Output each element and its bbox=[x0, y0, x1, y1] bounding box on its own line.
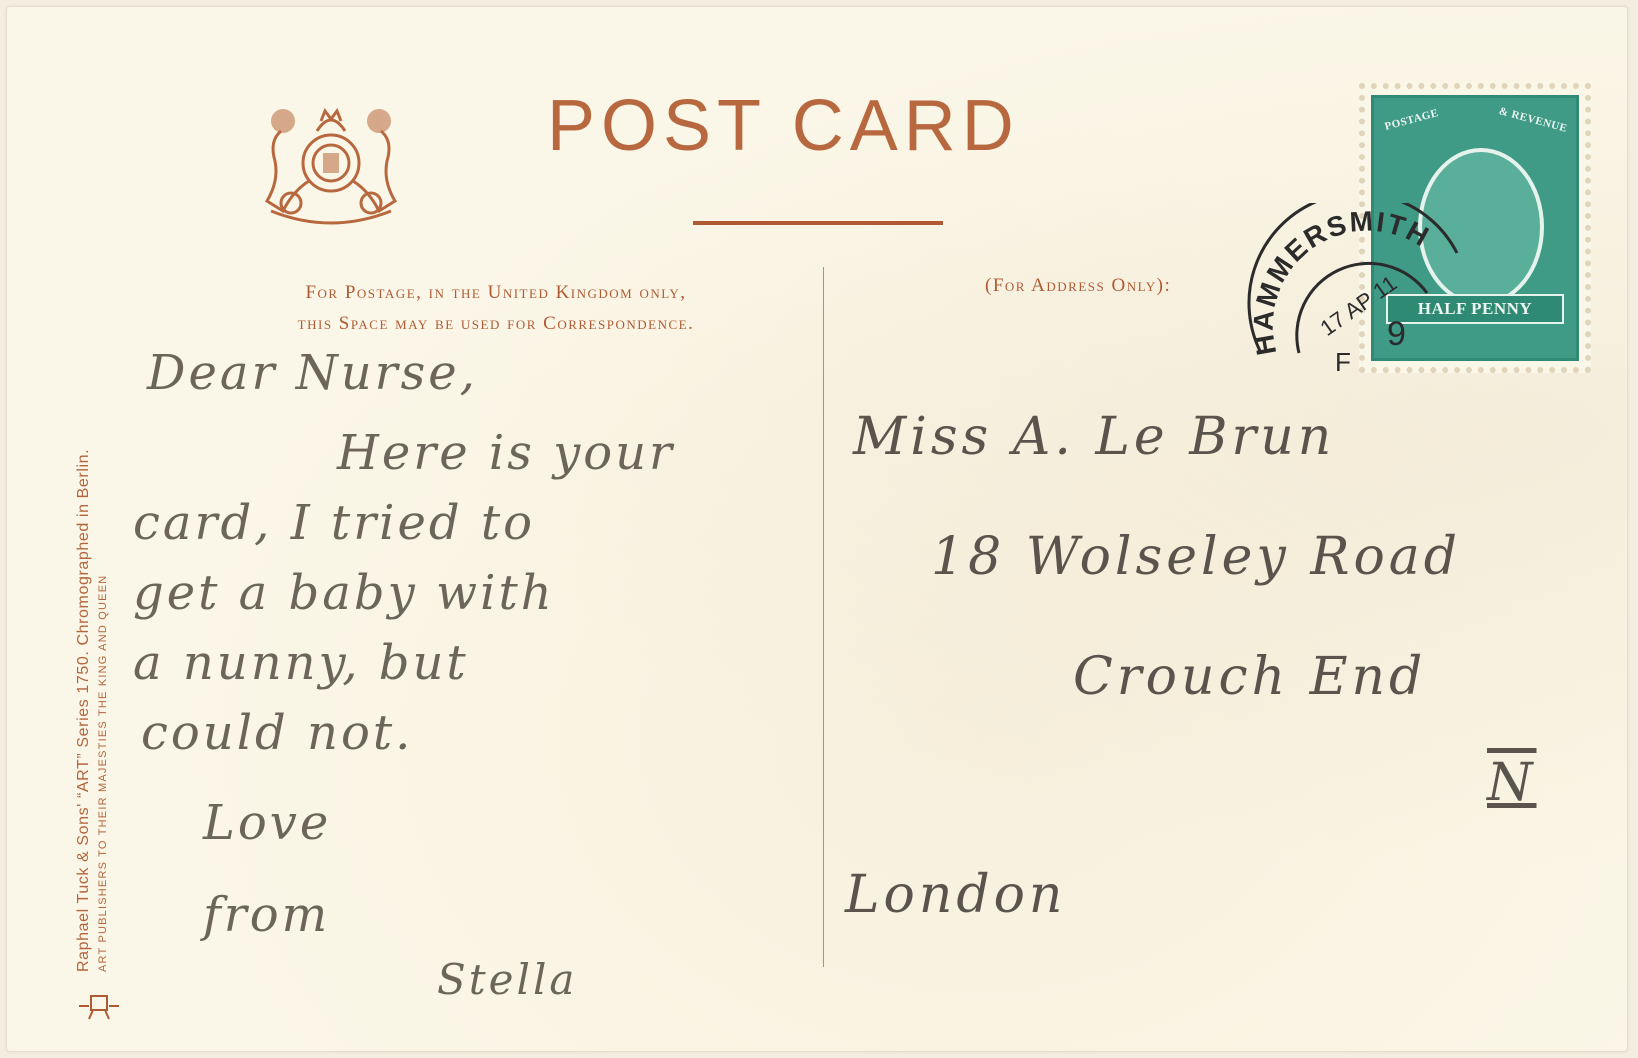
address-district: N bbox=[1487, 753, 1537, 813]
title-underline bbox=[693, 221, 943, 225]
address-line: 18 Wolseley Road bbox=[931, 527, 1461, 587]
stamp-label-postage: POSTAGE bbox=[1383, 107, 1439, 133]
publisher-subline: Art Publishers to Their Majesties the Ki… bbox=[95, 449, 111, 972]
message-line: Love bbox=[203, 795, 331, 851]
svg-text:HAMMERSMITH: HAMMERSMITH bbox=[1248, 205, 1436, 357]
royal-coat-of-arms-icon bbox=[251, 91, 411, 231]
message-line: from bbox=[203, 887, 330, 943]
address-line: Miss A. Le Brun bbox=[853, 407, 1335, 467]
message-line: a nunny, but bbox=[133, 635, 469, 691]
message-line: get a baby with bbox=[133, 565, 555, 621]
correspondence-note: For Postage, in the United Kingdom only,… bbox=[191, 277, 801, 339]
center-divider bbox=[823, 267, 824, 967]
postmark-number: 9 bbox=[1387, 315, 1406, 353]
easel-palette-icon bbox=[77, 992, 121, 1020]
correspondence-note-line-1: For Postage, in the United Kingdom only, bbox=[191, 277, 801, 308]
message-line: Here is your bbox=[337, 425, 675, 481]
publisher-line: Raphael Tuck & Sons' “ART” Series 1750. … bbox=[73, 449, 95, 972]
message-signature: Stella bbox=[437, 955, 577, 1004]
postmark-letter: F bbox=[1335, 347, 1351, 377]
postcard-title: POST CARD bbox=[547, 85, 1020, 167]
message-line: Dear Nurse, bbox=[147, 345, 478, 401]
postcard: POST CARD For Postage, in the United Kin… bbox=[6, 6, 1628, 1052]
message-line: could not. bbox=[141, 705, 413, 761]
publisher-imprint: Raphael Tuck & Sons' “ART” Series 1750. … bbox=[73, 449, 111, 972]
address-note: (For Address Only): bbox=[985, 275, 1171, 297]
stamp-label-revenue: & REVENUE bbox=[1497, 105, 1568, 135]
message-line: card, I tried to bbox=[133, 495, 535, 551]
address-city: London bbox=[845, 865, 1066, 925]
postmark-town: HAMMERSMITH bbox=[1248, 205, 1436, 357]
address-line: Crouch End bbox=[1073, 647, 1426, 707]
correspondence-note-line-2: this Space may be used for Correspondenc… bbox=[191, 308, 801, 339]
